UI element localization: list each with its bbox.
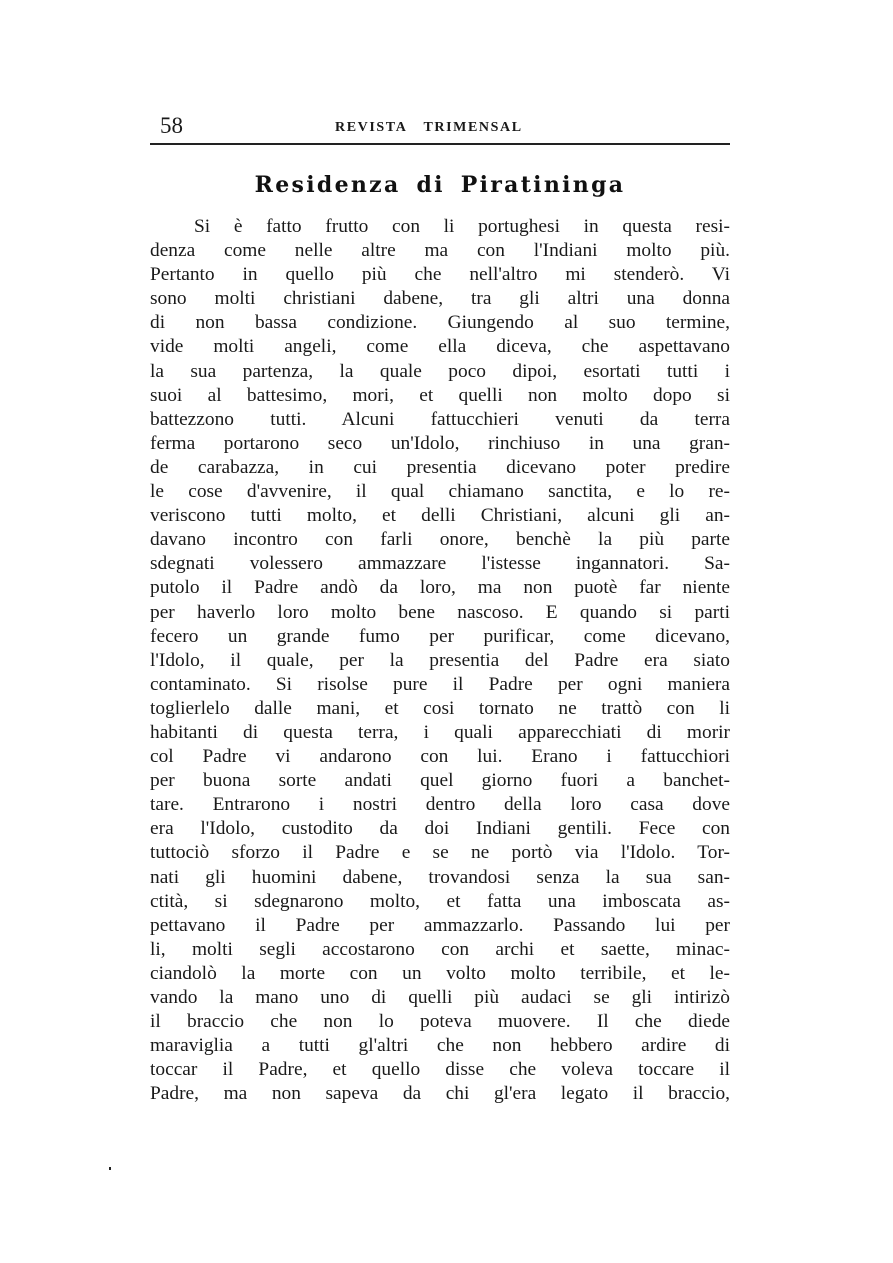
- text-line: tare. Entrarono i nostri dentro della lo…: [150, 793, 730, 817]
- text-line: l'Idolo, il quale, per la presentia del …: [150, 649, 730, 673]
- scan-speck: [109, 1167, 111, 1170]
- text-line: pettavano il Padre per ammazzarlo. Passa…: [150, 914, 730, 938]
- text-line: fecero un grande fumo per purificar, com…: [150, 625, 730, 649]
- text-line: suoi al battesimo, mori, et quelli non m…: [150, 384, 730, 408]
- text-line: Padre, ma non sapeva da chi gl'era legat…: [150, 1082, 730, 1106]
- section-title: Residenza di Piratininga: [190, 172, 690, 198]
- text-line: sdegnati volessero ammazzare l'istesse i…: [150, 552, 730, 576]
- text-line: le cose d'avvenire, il qual chiamano san…: [150, 480, 730, 504]
- text-line: nati gli huomini dabene, trovandosi senz…: [150, 866, 730, 890]
- text-line: tuttociò sforzo il Padre e se ne portò v…: [150, 841, 730, 865]
- text-line: denza come nelle altre ma con l'Indiani …: [150, 239, 730, 263]
- text-line: de carabazza, in cui presentia dicevano …: [150, 456, 730, 480]
- text-line: li, molti segli accostarono con archi et…: [150, 938, 730, 962]
- text-line: Pertanto in quello più che nell'altro mi…: [150, 263, 730, 287]
- text-line: toccar il Padre, et quello disse che vol…: [150, 1058, 730, 1082]
- text-line: veriscono tutti molto, et delli Christia…: [150, 504, 730, 528]
- text-line: era l'Idolo, custodito da doi Indiani ge…: [150, 817, 730, 841]
- text-line: toglierlelo dalle mani, et cosi tornato …: [150, 697, 730, 721]
- running-head: 58 REVISTA TRIMENSAL: [150, 110, 730, 138]
- text-line: ferma portarono seco un'Idolo, rinchiuso…: [150, 432, 730, 456]
- page-number: 58: [160, 114, 183, 138]
- text-line: per buona sorte andati quel giorno fuori…: [150, 769, 730, 793]
- book-page: 58 REVISTA TRIMENSAL Residenza di Pirati…: [150, 110, 730, 138]
- text-line: sono molti christiani dabene, tra gli al…: [150, 287, 730, 311]
- text-line: davano incontro con farli onore, benchè …: [150, 528, 730, 552]
- text-line: vide molti angeli, come ella diceva, che…: [150, 335, 730, 359]
- text-line: vando la mano uno di quelli più audaci s…: [150, 986, 730, 1010]
- text-line: per haverlo loro molto bene nascoso. E q…: [150, 601, 730, 625]
- text-line: la sua partenza, la quale poco dipoi, es…: [150, 360, 730, 384]
- text-line: habitanti di questa terra, i quali appar…: [150, 721, 730, 745]
- header-rule: [150, 143, 730, 145]
- text-line: ctità, si sdegnarono molto, et fatta una…: [150, 890, 730, 914]
- text-line: di non bassa condizione. Giungendo al su…: [150, 311, 730, 335]
- text-line: ciandolò la morte con un volto molto ter…: [150, 962, 730, 986]
- text-line: battezzono tutti. Alcuni fattucchieri ve…: [150, 408, 730, 432]
- text-line: maraviglia a tutti gl'altri che non hebb…: [150, 1034, 730, 1058]
- text-line: il braccio che non lo poteva muovere. Il…: [150, 1010, 730, 1034]
- text-line: putolo il Padre andò da loro, ma non puo…: [150, 576, 730, 600]
- text-line: contaminato. Si risolse pure il Padre pe…: [150, 673, 730, 697]
- text-line: Si è fatto frutto con li portughesi in q…: [150, 215, 730, 239]
- text-line: col Padre vi andarono con lui. Erano i f…: [150, 745, 730, 769]
- journal-title: REVISTA TRIMENSAL: [335, 120, 523, 136]
- body-paragraph: Si è fatto frutto con li portughesi in q…: [150, 215, 730, 1106]
